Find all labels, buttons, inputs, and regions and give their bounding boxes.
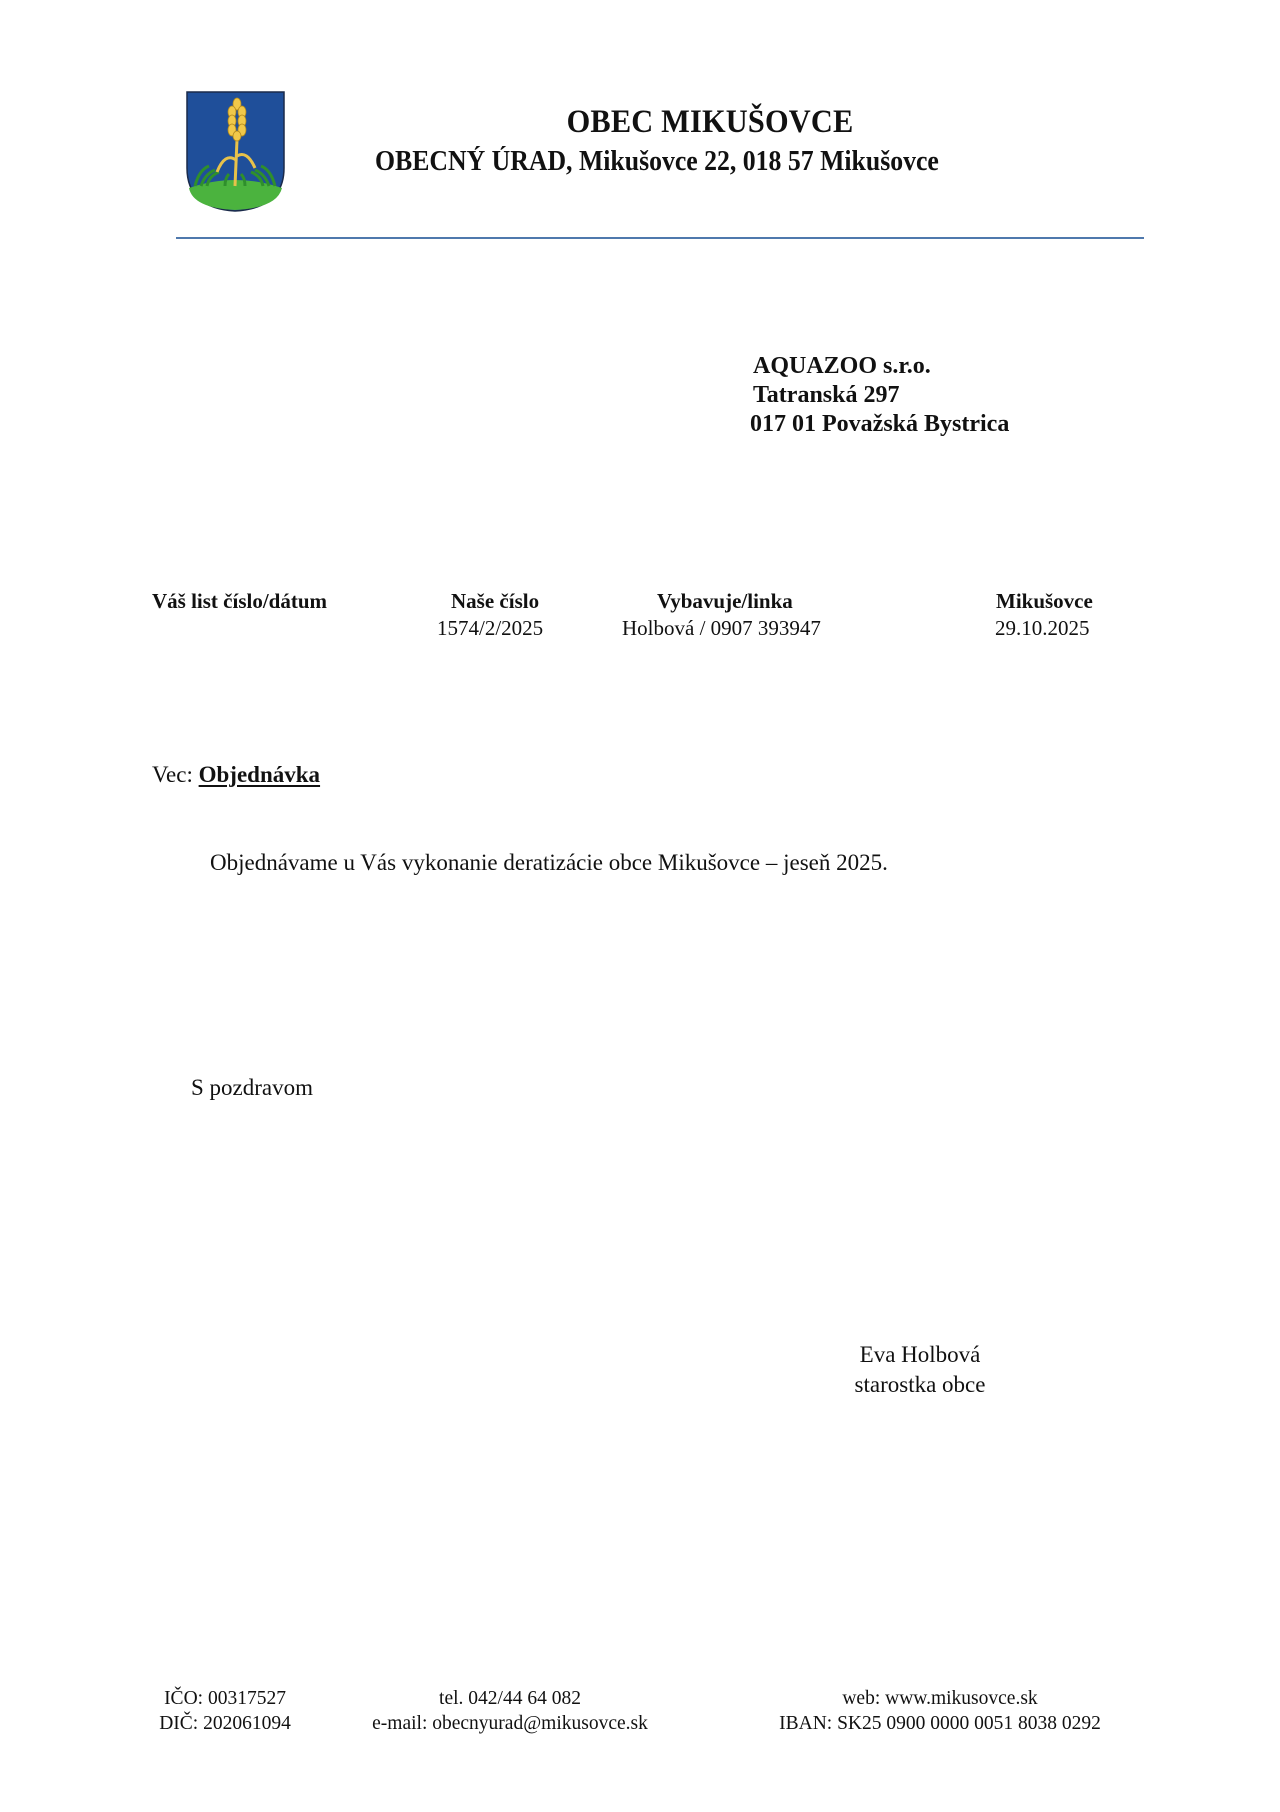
- ref-value-date: 29.10.2025: [995, 616, 1090, 641]
- footer-iban: IBAN: SK25 0900 0000 0051 8038 0292: [755, 1711, 1125, 1736]
- signature-block: Eva Holbová starostka obce: [820, 1340, 1020, 1400]
- footer-ids: IČO: 00317527 DIČ: 202061094: [140, 1686, 310, 1736]
- ref-value-our-number: 1574/2/2025: [437, 616, 543, 641]
- footer-contact: tel. 042/44 64 082 e-mail: obecnyurad@mi…: [345, 1686, 675, 1736]
- header-divider: [176, 237, 1144, 239]
- recipient-city: 017 01 Považská Bystrica: [750, 410, 1009, 439]
- ref-label-handled-by: Vybavuje/linka: [657, 589, 793, 614]
- subject-line: Vec: Objednávka: [152, 762, 320, 788]
- ref-label-our-number: Naše číslo: [451, 589, 539, 614]
- footer-web: web: www.mikusovce.sk: [755, 1686, 1125, 1711]
- signer-title: starostka obce: [820, 1370, 1020, 1400]
- signer-name: Eva Holbová: [820, 1340, 1020, 1370]
- recipient-street: Tatranská 297: [753, 381, 1009, 410]
- footer-ico: IČO: 00317527: [140, 1686, 310, 1711]
- greeting: S pozdravom: [191, 1075, 313, 1101]
- footer-tel: tel. 042/44 64 082: [345, 1686, 675, 1711]
- municipality-title: OBEC MIKUŠOVCE: [57, 104, 1280, 141]
- footer-dic: DIČ: 202061094: [140, 1711, 310, 1736]
- footer-web-bank: web: www.mikusovce.sk IBAN: SK25 0900 00…: [755, 1686, 1125, 1736]
- subject-title: Objednávka: [199, 762, 320, 787]
- ref-label-your-letter: Váš list číslo/dátum: [152, 589, 327, 614]
- office-address: OBECNÝ ÚRAD, Mikušovce 22, 018 57 Mikušo…: [375, 146, 939, 178]
- recipient-address: AQUAZOO s.r.o. Tatranská 297 017 01 Pova…: [753, 352, 1009, 439]
- footer-email: e-mail: obecnyurad@mikusovce.sk: [345, 1711, 675, 1736]
- recipient-name: AQUAZOO s.r.o.: [753, 352, 1009, 381]
- subject-prefix: Vec:: [152, 762, 193, 787]
- ref-label-place: Mikušovce: [996, 589, 1093, 614]
- body-paragraph: Objednávame u Vás vykonanie deratizácie …: [210, 850, 888, 876]
- ref-value-handled-by: Holbová / 0907 393947: [622, 616, 821, 641]
